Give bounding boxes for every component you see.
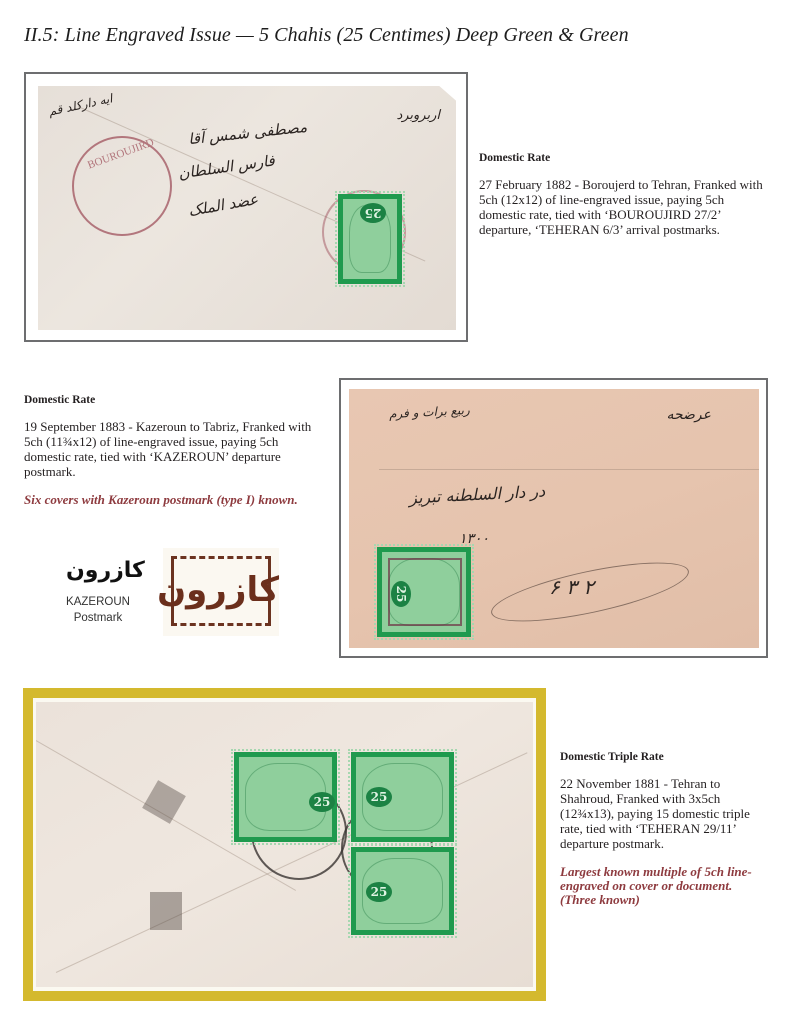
- caption-body: 19 September 1883 - Kazeroun to Tabriz, …: [24, 419, 314, 479]
- cover-frame-kazeroun: عرضحه ربیع برات و فرم در دار السلطنه تبر…: [339, 378, 768, 658]
- kazeroun-postmark-image[interactable]: کازرون: [163, 548, 279, 636]
- caption-kazeroun: Domestic Rate 19 September 1883 - Kazero…: [24, 394, 314, 507]
- cover-image-tehran[interactable]: TEHERAN 25 25 25: [36, 702, 533, 987]
- caption-heading: Domestic Rate: [479, 152, 771, 164]
- stamp-5ch[interactable]: 25: [351, 752, 454, 842]
- stamp-5ch[interactable]: 25: [351, 847, 454, 935]
- stamp-value: 25: [309, 792, 335, 812]
- crease: [379, 469, 759, 470]
- cover-image-boroujerd[interactable]: اربروبرد ایه دارکلد قم مصطفی شمس آقا فار…: [38, 86, 456, 330]
- address-line: ۱۳۰۰: [459, 531, 489, 547]
- address-line: اربروبرد: [396, 108, 440, 123]
- caption-heading: Domestic Rate: [24, 394, 314, 406]
- cover-image-kazeroun[interactable]: عرضحه ربیع برات و فرم در دار السلطنه تبر…: [349, 389, 759, 648]
- address-line: عرضحه: [666, 407, 711, 423]
- address-line: در دار السلطنه تبریز: [409, 481, 546, 507]
- stamp-5ch[interactable]: 25: [377, 547, 471, 637]
- caption-heading: Domestic Triple Rate: [560, 751, 770, 763]
- address-line: عضد الملک: [187, 190, 259, 220]
- address-line: ایه دارکلد قم: [47, 91, 113, 118]
- pen-flourish: [487, 550, 693, 633]
- caption-note: Largest known multiple of 5ch line-engra…: [560, 865, 770, 907]
- postmark-glyph: کازرون: [163, 570, 279, 610]
- postmark-text: BOUROUJIRD: [86, 136, 156, 171]
- stamp-value: 25: [366, 787, 392, 807]
- caption-boroujerd: Domestic Rate 27 February 1882 - Borouje…: [479, 152, 771, 237]
- kazeroun-glyph: کازرون: [66, 558, 145, 583]
- address-line: مصطفی شمس آقا: [187, 118, 307, 148]
- stamp-5ch[interactable]: 25: [234, 752, 337, 842]
- stamp-value: 25: [366, 882, 392, 902]
- bouroujird-postmark: BOUROUJIRD: [72, 136, 172, 236]
- seal-impression: [142, 780, 186, 824]
- kazeroun-cancel: [388, 558, 462, 626]
- kazeroun-label: KAZEROUN: [58, 596, 138, 608]
- caption-note: Six covers with Kazeroun postmark (type …: [24, 493, 314, 507]
- address-line: ربیع برات و فرم: [389, 403, 470, 421]
- cover-frame-tehran: TEHERAN 25 25 25: [23, 688, 546, 1001]
- seal-impression: [150, 892, 182, 930]
- stamp-value: 25: [360, 203, 386, 223]
- kazeroun-sublabel: Postmark: [58, 612, 138, 624]
- caption-tehran: Domestic Triple Rate 22 November 1881 - …: [560, 751, 770, 907]
- page-title: II.5: Line Engraved Issue — 5 Chahis (25…: [24, 24, 629, 47]
- caption-body: 22 November 1881 - Tehran to Shahroud, F…: [560, 776, 770, 851]
- cover-frame-boroujerd: اربروبرد ایه دارکلد قم مصطفی شمس آقا فار…: [24, 72, 468, 342]
- stamp-5ch[interactable]: 25: [338, 194, 402, 284]
- caption-body: 27 February 1882 - Boroujerd to Tehran, …: [479, 177, 771, 237]
